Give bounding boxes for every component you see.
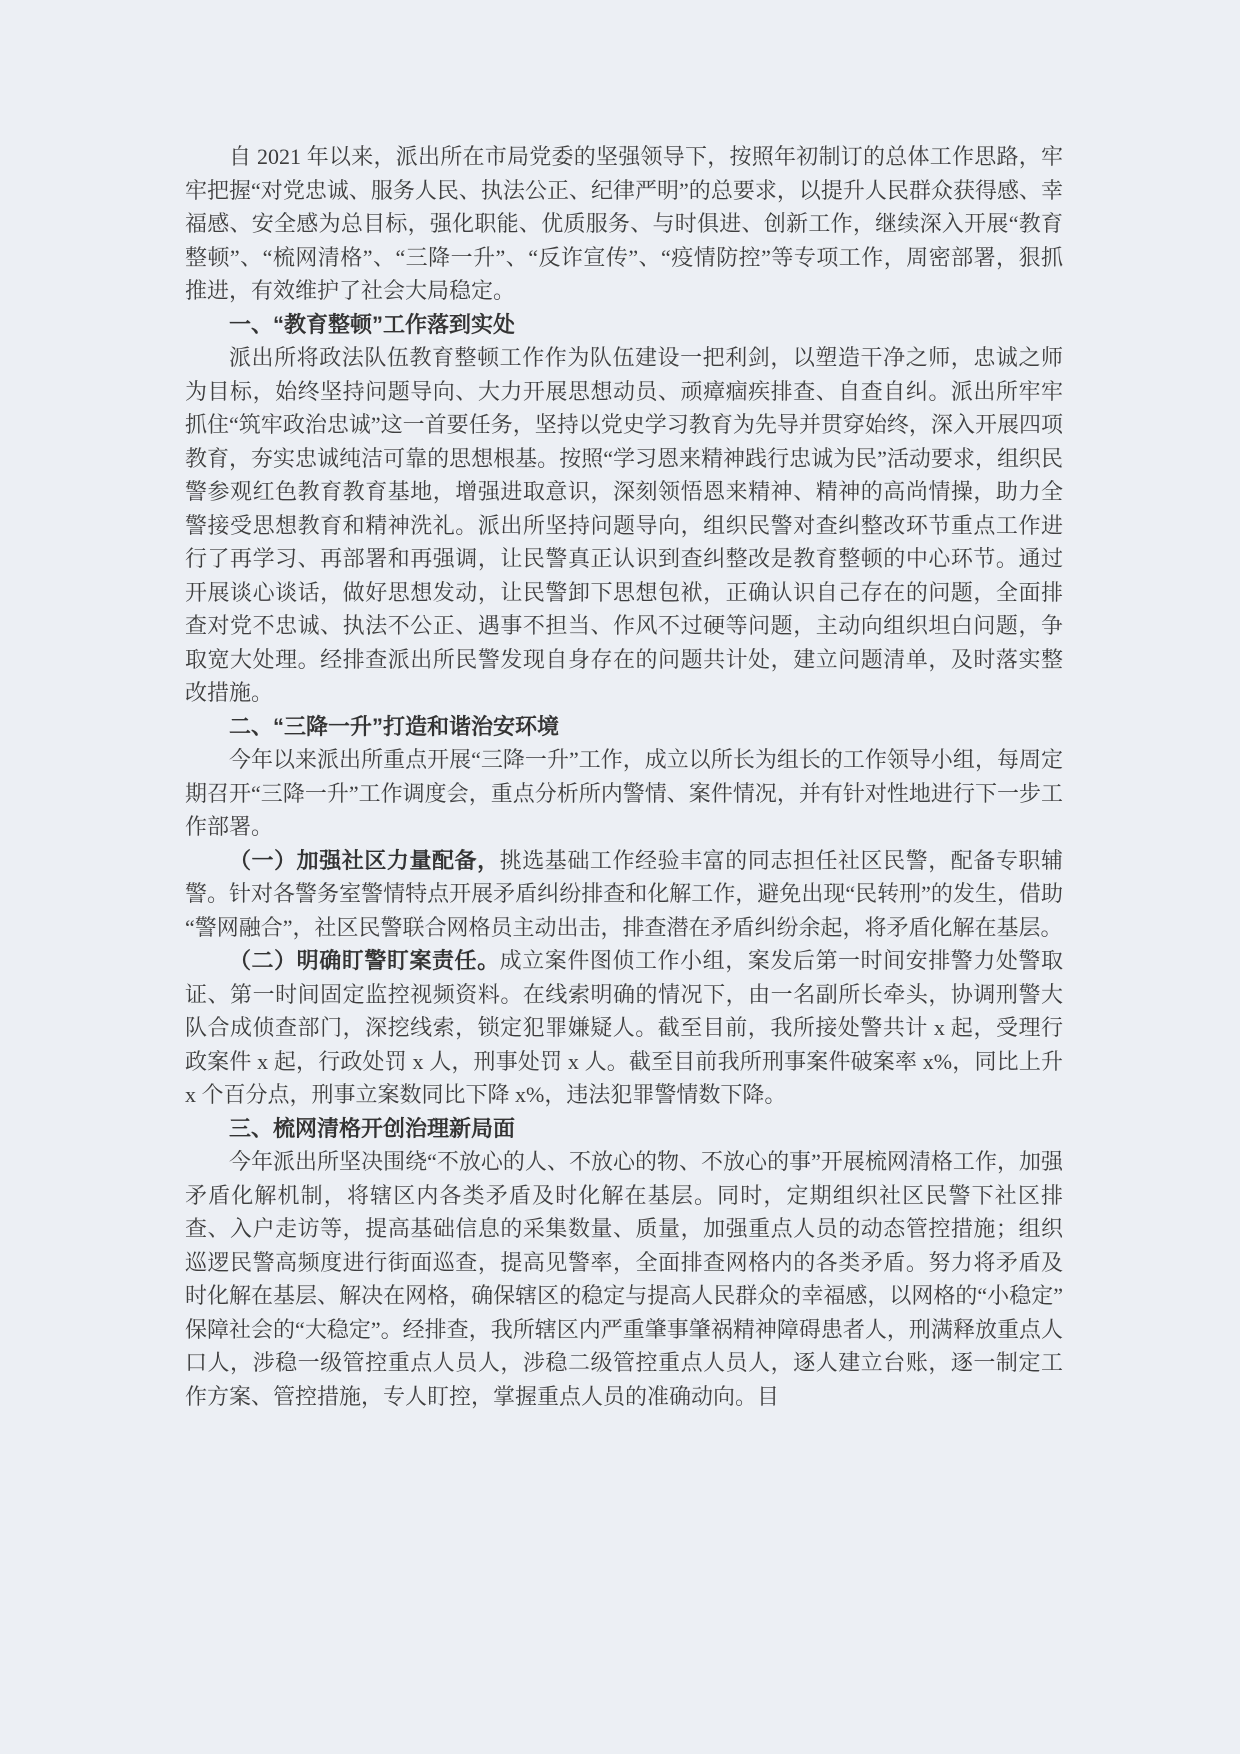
subitem-2-lead: （二）明确盯警盯案责任。 <box>229 948 500 973</box>
document-page: 自 2021 年以来，派出所在市局党委的坚强领导下，按照年初制订的总体工作思路，… <box>0 0 1240 1754</box>
section-2-intro-paragraph: 今年以来派出所重点开展“三降一升”工作，成立以所长为组长的工作领导小组，每周定期… <box>185 743 1063 844</box>
section-2-subitem-1-paragraph: （一）加强社区力量配备，挑选基础工作经验丰富的同志担任社区民警，配备专职辅警。针… <box>185 844 1063 945</box>
section-2-subitem-2-paragraph: （二）明确盯警盯案责任。成立案件图侦工作小组，案发后第一时间安排警力处警取证、第… <box>185 944 1063 1112</box>
section-heading-1: 一、“教育整顿”工作落到实处 <box>185 308 1063 342</box>
section-heading-3: 三、梳网清格开创治理新局面 <box>185 1112 1063 1146</box>
section-heading-2: 二、“三降一升”打造和谐治安环境 <box>185 710 1063 744</box>
document-body: 自 2021 年以来，派出所在市局党委的坚强领导下，按照年初制订的总体工作思路，… <box>185 140 1063 1413</box>
section-1-paragraph: 派出所将政法队伍教育整顿工作作为队伍建设一把利剑，以塑造干净之师，忠诚之师为目标… <box>185 341 1063 710</box>
subitem-1-lead: （一）加强社区力量配备， <box>229 848 500 873</box>
intro-paragraph: 自 2021 年以来，派出所在市局党委的坚强领导下，按照年初制订的总体工作思路，… <box>185 140 1063 308</box>
section-3-paragraph: 今年派出所坚决围绕“不放心的人、不放心的物、不放心的事”开展梳网清格工作，加强矛… <box>185 1145 1063 1413</box>
